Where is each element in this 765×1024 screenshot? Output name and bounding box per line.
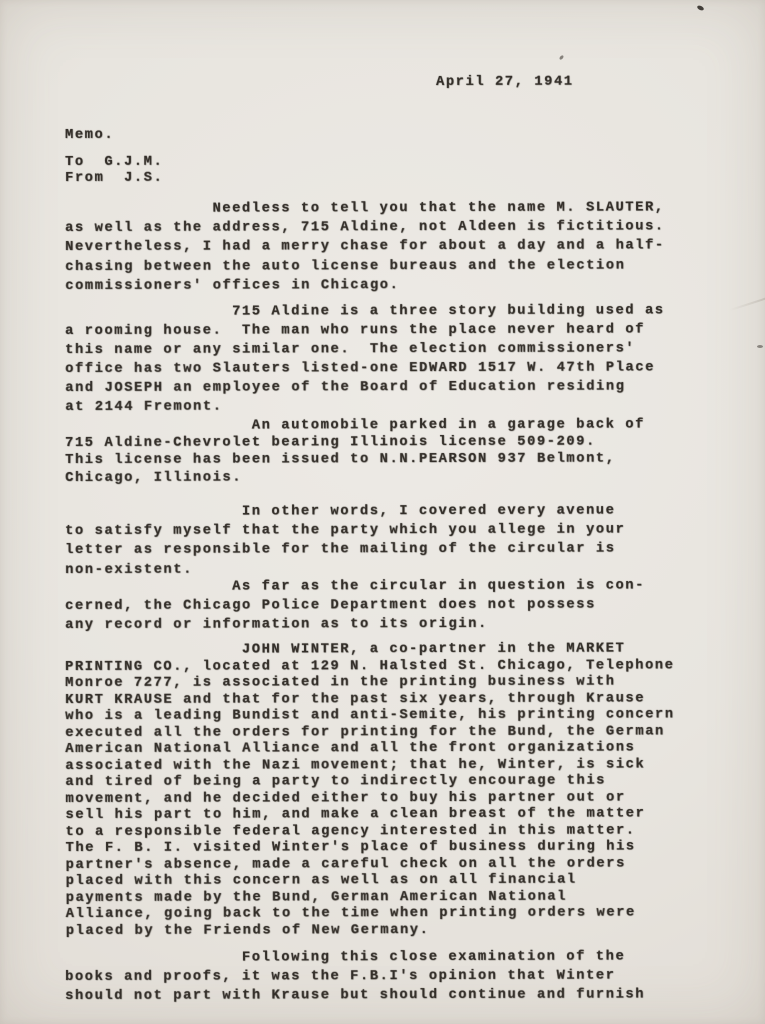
paragraph: As far as the circular in question is co…: [65, 576, 645, 635]
date-line: April 27, 1941: [436, 75, 574, 90]
paragraph: 715 Aldine is a three story building use…: [65, 302, 665, 417]
address-block: To G.J.M. From J.S.: [65, 155, 163, 187]
to-line: To G.J.M.: [65, 155, 163, 170]
paper-speck: [559, 55, 565, 61]
paper-speck: [757, 345, 763, 348]
paragraph: JOHN WINTER, a co-partner in the MARKET …: [65, 641, 675, 940]
paragraph: In other words, I covered every avenue t…: [65, 502, 625, 580]
paragraph: Needless to tell you that the name M. SL…: [65, 198, 665, 296]
from-line: From J.S.: [65, 171, 163, 186]
memo-page: April 27, 1941 Memo. To G.J.M. From J.S.…: [0, 0, 765, 1024]
paper-crease: [729, 291, 765, 311]
memo-label: Memo.: [65, 128, 114, 143]
paragraph: An automobile parked in a garage back of…: [65, 416, 645, 486]
paper-speck: [696, 5, 704, 12]
paragraph: Following this close examination of the …: [65, 947, 645, 1006]
